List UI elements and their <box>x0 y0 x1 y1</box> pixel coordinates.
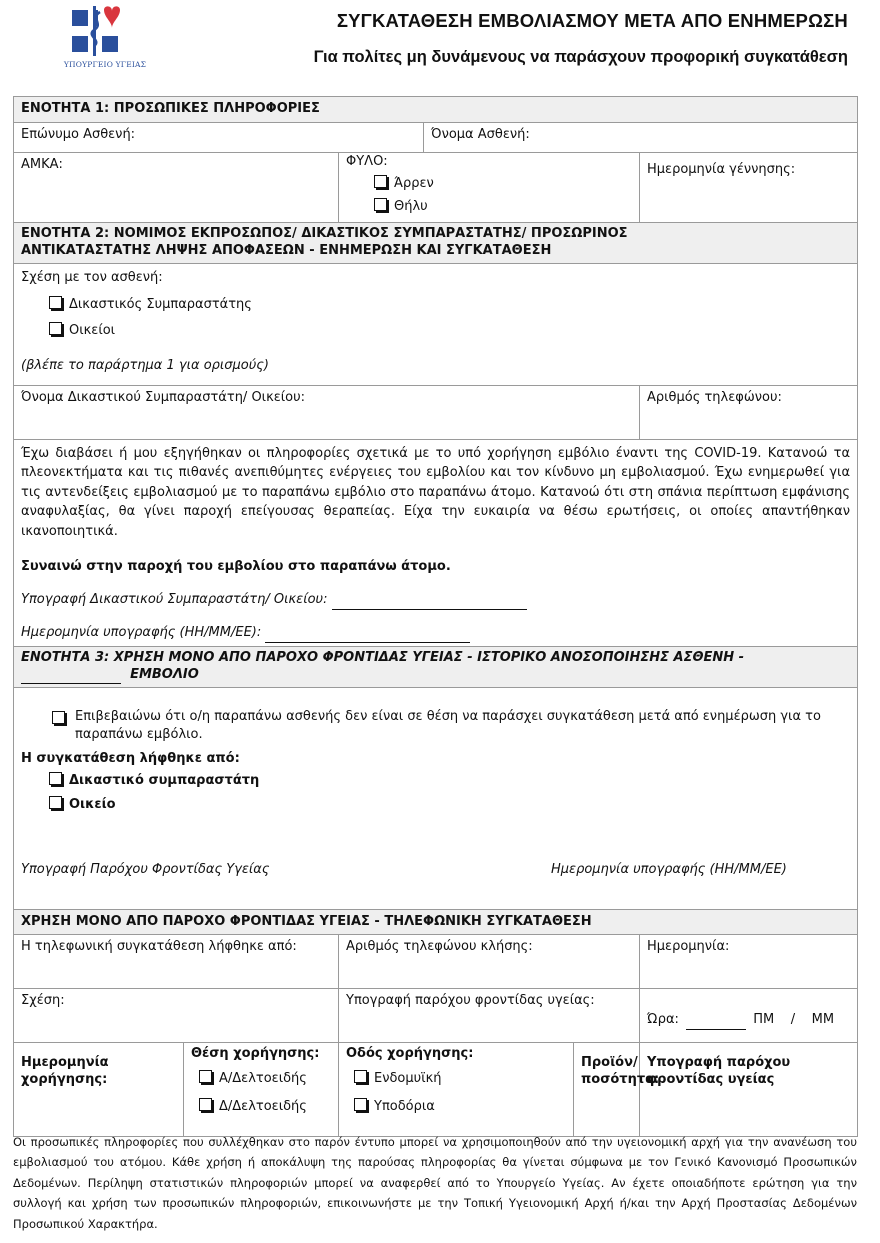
checkbox-icon[interactable] <box>354 1098 367 1111</box>
relation-option-guardian[interactable]: Δικαστικός Συμπαραστάτης <box>21 296 850 315</box>
sex-label: ΦΥΛΟ: <box>346 154 388 169</box>
patient-name-label: Όνομα Ασθενή: <box>431 127 530 142</box>
checkbox-icon[interactable] <box>374 198 387 211</box>
phone-relation-field[interactable]: Σχέση: <box>14 989 339 1043</box>
site-option-left-deltoid[interactable]: Α/Δελτοειδής <box>191 1070 331 1088</box>
vaccine-name-blank[interactable] <box>21 672 121 684</box>
guardian-phone-label: Αριθμός τηλεφώνου: <box>647 390 782 405</box>
section2-heading: ΕΝΟΤΗΤΑ 2: ΝΟΜΙΜΟΣ ΕΚΠΡΟΣΩΠΟΣ/ ΔΙΚΑΣΤΙΚΟ… <box>14 223 858 264</box>
phone-time-field[interactable]: Ώρα: ΠΜ / ΜΜ <box>640 989 858 1043</box>
phone-consent-date-field[interactable]: Ημερομηνία: <box>640 935 858 989</box>
appendix-note: (βλέπε το παράρτημα 1 για ορισμούς) <box>21 357 850 376</box>
sex-option-male[interactable]: Άρρεν <box>346 175 632 193</box>
route-option-subcutaneous[interactable]: Υποδόρια <box>346 1098 566 1116</box>
page-subtitle: Για πολίτες μη δυνάμενους να παράσχουν π… <box>314 48 848 67</box>
provider-signature-date-label[interactable]: Ημερομηνία υπογραφής (ΗΗ/ΜΜ/ΕΕ) <box>551 861 787 880</box>
dob-label: Ημερομηνία γέννησης: <box>647 162 795 177</box>
consent-statement: Έχω διαβάσει ή μου εξηγήθηκαν οι πληροφο… <box>21 444 850 542</box>
relation-field: Σχέση με τον ασθενή: Δικαστικός Συμπαρασ… <box>14 263 858 385</box>
checkbox-icon[interactable] <box>49 322 62 335</box>
admin-provider-signature-field[interactable]: Υπογραφή παρόχου φροντίδας υγείας <box>640 1043 858 1137</box>
checkbox-icon[interactable] <box>354 1070 367 1083</box>
pm-label[interactable]: ΜΜ <box>812 1012 834 1027</box>
sex-field: ΦΥΛΟ: Άρρεν Θήλυ <box>339 153 640 223</box>
checkbox-icon[interactable] <box>49 772 62 785</box>
section1-heading: ΕΝΟΤΗΤΑ 1: ΠΡΟΣΩΠΙΚΕΣ ΠΛΗΡΟΦΟΡΙΕΣ <box>14 97 858 123</box>
admin-date-field[interactable]: Ημερομηνία χορήγησης: <box>14 1043 184 1137</box>
patient-surname-field[interactable]: Επώνυμο Ασθενή: <box>14 123 424 153</box>
guardian-signature-date-line[interactable]: Ημερομηνία υπογραφής (ΗΗ/ΜΜ/ΕΕ): <box>21 624 850 643</box>
patient-surname-label: Επώνυμο Ασθενή: <box>21 127 135 142</box>
relation-option-relatives[interactable]: Οικείοι <box>21 322 850 341</box>
am-label[interactable]: ΠΜ <box>753 1012 774 1027</box>
checkbox-icon[interactable] <box>49 796 62 809</box>
phone-consent-from-field[interactable]: Η τηλεφωνική συγκατάθεση λήφθηκε από: <box>14 935 339 989</box>
phone-provider-signature-field[interactable]: Υπογραφή παρόχου φροντίδας υγείας: <box>339 989 640 1043</box>
consent-form-table: ΕΝΟΤΗΤΑ 1: ΠΡΟΣΩΠΙΚΕΣ ΠΛΗΡΟΦΟΡΙΕΣ Επώνυμ… <box>13 96 858 1137</box>
time-blank[interactable] <box>686 1029 746 1030</box>
consent-line: Συναινώ στην παροχή του εμβολίου στο παρ… <box>21 558 850 577</box>
admin-product-field[interactable]: Προϊόν/ ποσότητα: <box>574 1043 640 1137</box>
guardian-signature-line[interactable]: Υπογραφή Δικαστικού Συμπαραστάτη/ Οικείο… <box>21 591 850 610</box>
checkbox-icon[interactable] <box>374 175 387 188</box>
page-title: ΣΥΓΚΑΤΑΘΕΣΗ ΕΜΒΟΛΙΑΣΜΟΥ ΜΕΤΑ ΑΠΟ ΕΝΗΜΕΡΩ… <box>337 10 848 32</box>
guardian-name-field[interactable]: Όνομα Δικαστικού Συμπαραστάτη/ Οικείου: <box>14 385 640 439</box>
admin-site-field: Θέση χορήγησης: Α/Δελτοειδής Δ/Δελτοειδή… <box>184 1043 339 1137</box>
amka-field[interactable]: ΑΜΚΑ: <box>14 153 339 223</box>
dob-field[interactable]: Ημερομηνία γέννησης: <box>640 153 858 223</box>
ministry-label: ΥΠΟΥΡΓΕΙΟ ΥΓΕΙΑΣ <box>50 60 160 69</box>
checkbox-icon[interactable] <box>52 711 65 724</box>
consent-from-label: Η συγκατάθεση λήφθηκε από: <box>21 750 850 769</box>
provider-confirmation-block: Επιβεβαιώνω ότι ο/η παραπάνω ασθενής δεν… <box>14 687 858 909</box>
checkbox-icon[interactable] <box>199 1098 212 1111</box>
guardian-phone-field[interactable]: Αριθμός τηλεφώνου: <box>640 385 858 439</box>
patient-name-field[interactable]: Όνομα Ασθενή: <box>424 123 858 153</box>
guardian-name-label: Όνομα Δικαστικού Συμπαραστάτη/ Οικείου: <box>21 390 305 405</box>
admin-route-field: Οδός χορήγησης: Ενδομυϊκή Υποδόρια <box>339 1043 574 1137</box>
guardian-signature-date-blank[interactable] <box>265 642 470 643</box>
checkbox-icon[interactable] <box>49 296 62 309</box>
sex-option-female[interactable]: Θήλυ <box>346 198 632 216</box>
route-option-intramuscular[interactable]: Ενδομυϊκή <box>346 1070 566 1088</box>
consent-from-relative[interactable]: Οικείο <box>21 796 850 815</box>
checkbox-icon[interactable] <box>199 1070 212 1083</box>
ministry-logo: ΥΠΟΥΡΓΕΙΟ ΥΓΕΙΑΣ <box>50 4 160 70</box>
phone-consent-heading: ΧΡΗΣΗ ΜΟΝΟ ΑΠΟ ΠΑΡΟΧΟ ΦΡΟΝΤΙΔΑΣ ΥΓΕΙΑΣ -… <box>14 909 858 935</box>
consent-from-guardian[interactable]: Δικαστικό συμπαραστάτη <box>21 772 850 791</box>
section3-heading: ΕΝΟΤΗΤΑ 3: ΧΡΗΣΗ ΜΟΝΟ ΑΠΟ ΠΑΡΟΧΟ ΦΡΟΝΤΙΔ… <box>14 646 858 687</box>
amka-label: ΑΜΚΑ: <box>21 157 63 172</box>
ministry-of-health-logo-icon <box>72 4 134 60</box>
guardian-signature-blank[interactable] <box>332 609 527 610</box>
provider-signature-label[interactable]: Υπογραφή Παρόχου Φροντίδας Υγείας <box>21 861 270 880</box>
confirm-option[interactable]: Επιβεβαιώνω ότι ο/η παραπάνω ασθενής δεν… <box>21 708 850 746</box>
site-option-right-deltoid[interactable]: Δ/Δελτοειδής <box>191 1098 331 1116</box>
privacy-notice: Οι προσωπικές πληροφορίες που συλλέχθηκα… <box>13 1132 857 1234</box>
call-number-field[interactable]: Αριθμός τηλεφώνου κλήσης: <box>339 935 640 989</box>
consent-statement-block: Έχω διαβάσει ή μου εξηγήθηκαν οι πληροφο… <box>14 439 858 646</box>
relation-label: Σχέση με τον ασθενή: <box>21 270 163 285</box>
